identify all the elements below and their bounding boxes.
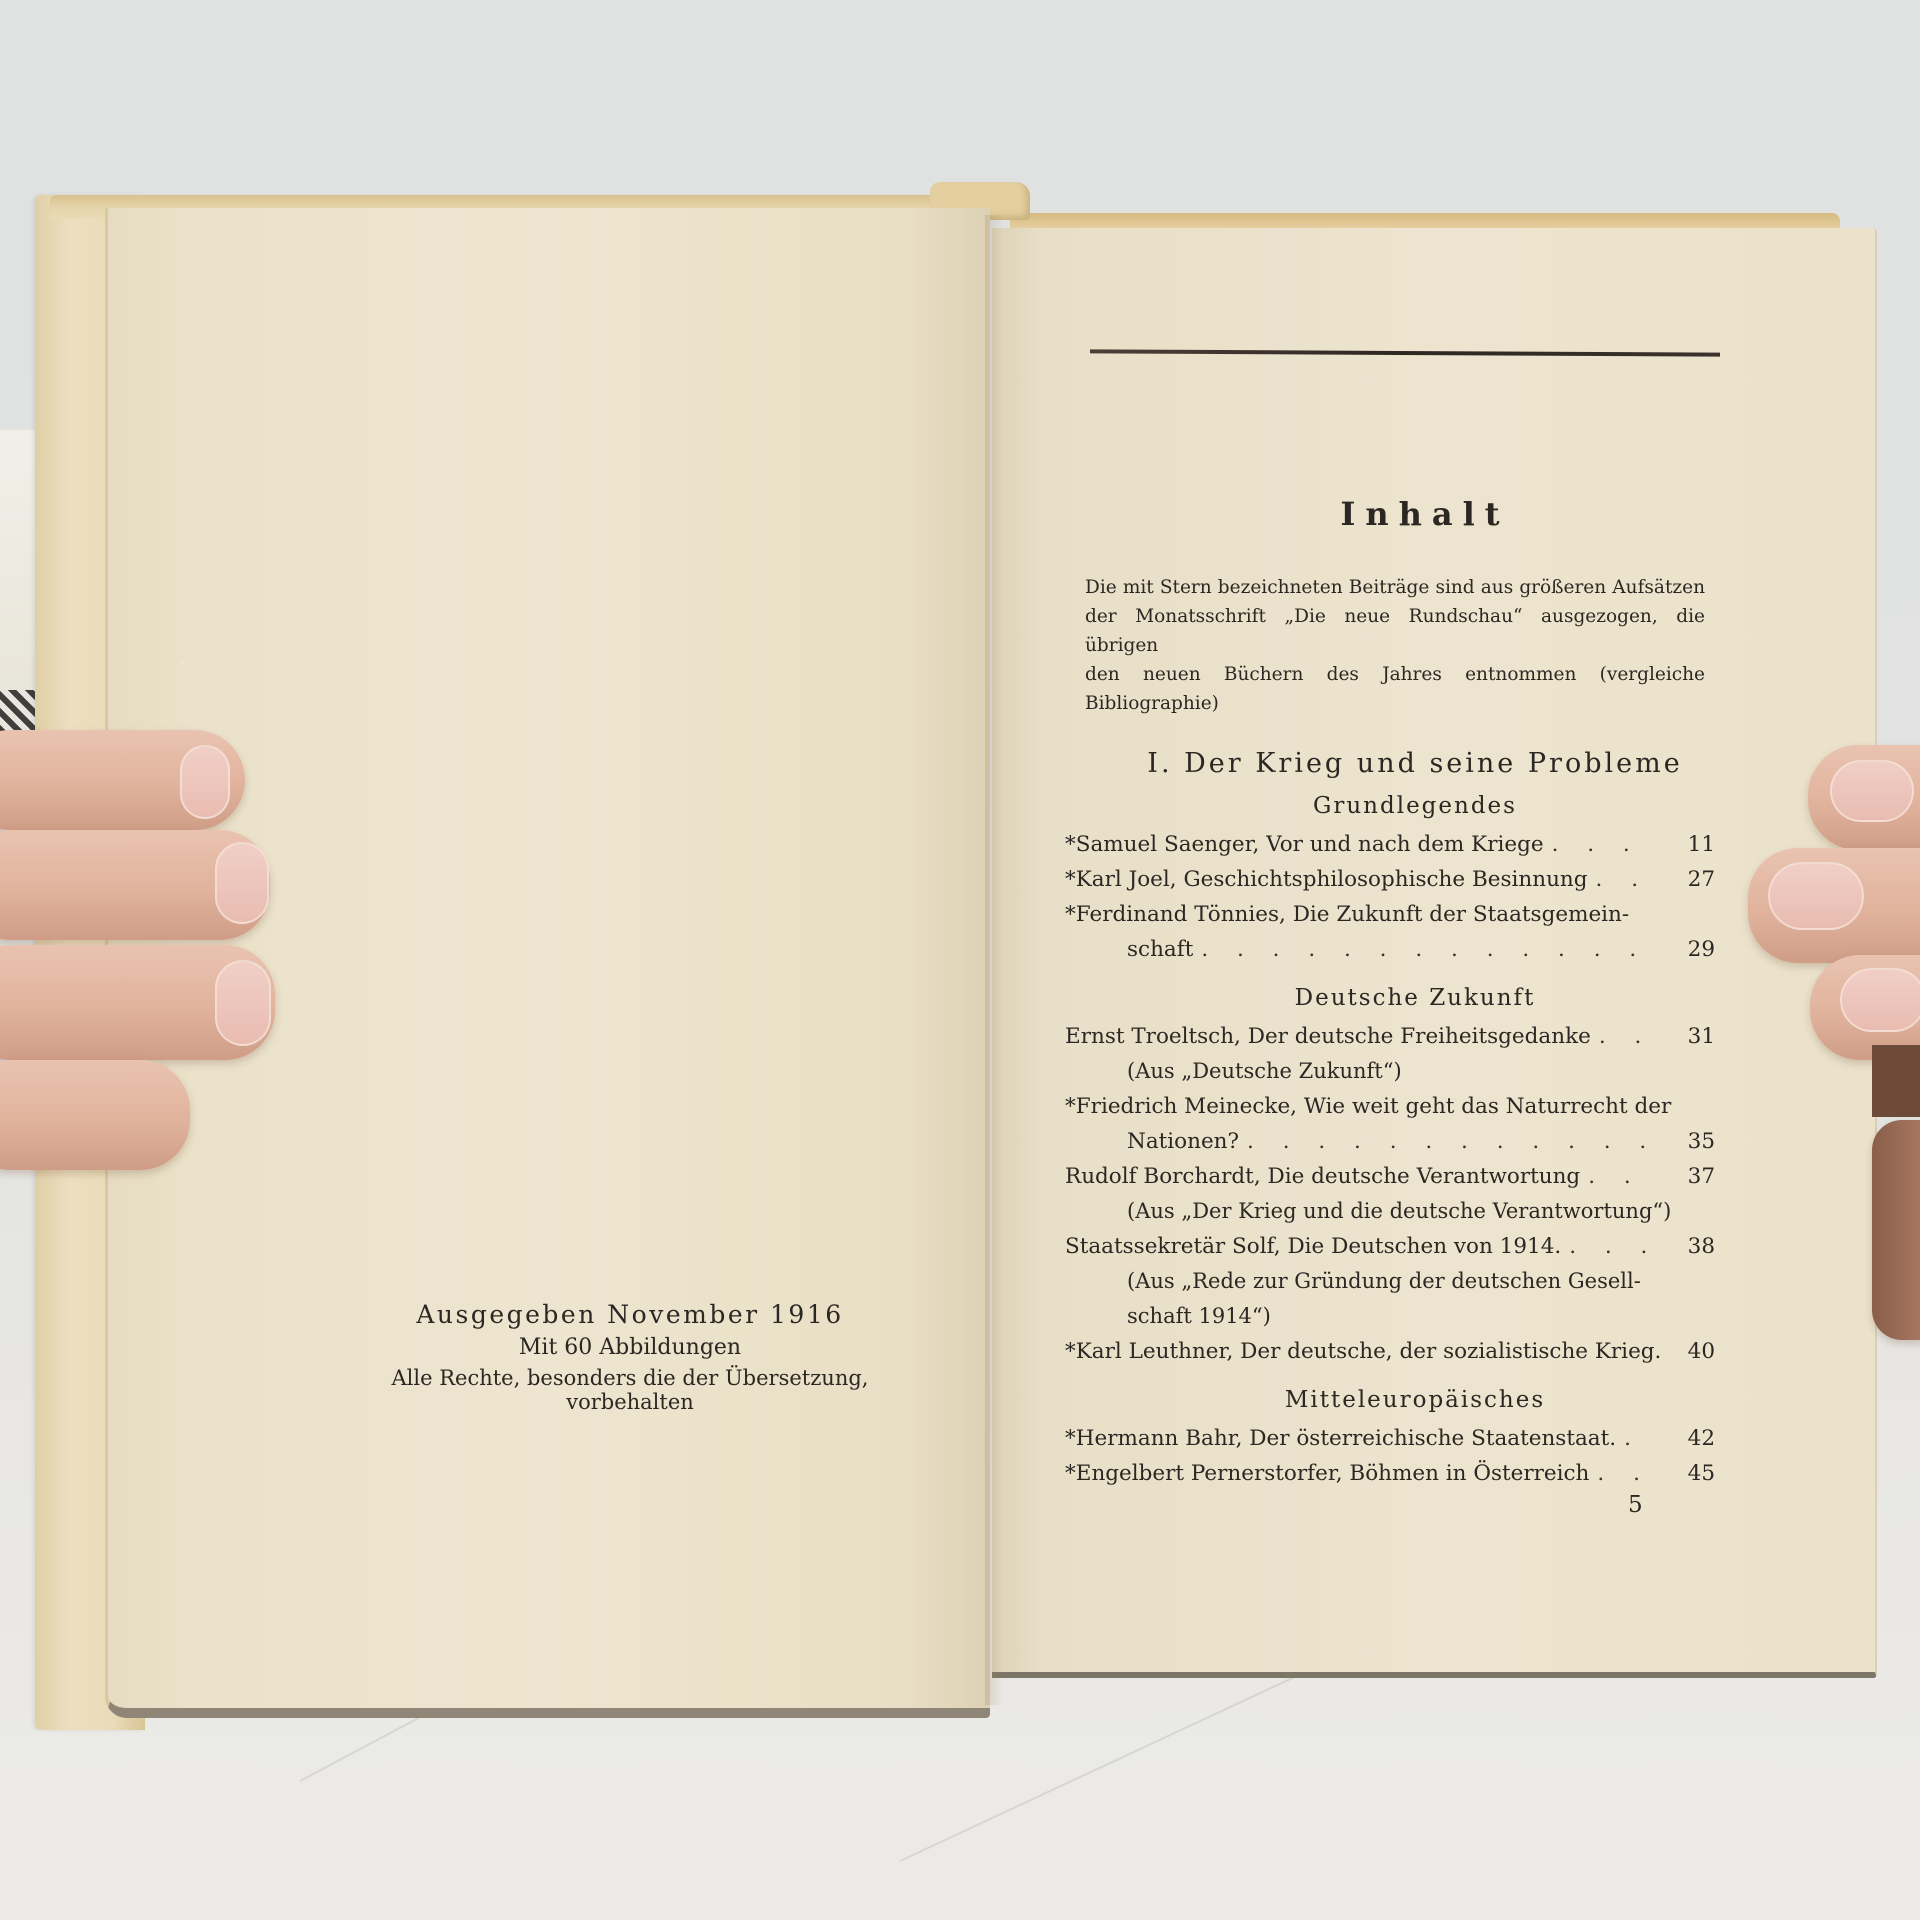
toc-entry[interactable]: *Engelbert Pernerstorfer, Böhmen in Öste… bbox=[1065, 1456, 1715, 1491]
dot-leader bbox=[1193, 932, 1659, 967]
entry-title: Rudolf Borchardt, Die deutsche Verantwor… bbox=[1065, 1159, 1580, 1194]
right-fingernail bbox=[1830, 760, 1914, 822]
table-of-contents: Inhalt Die mit Stern bezeichneten Beiträ… bbox=[1065, 495, 1725, 1491]
dot-leader bbox=[1616, 1421, 1659, 1456]
entry-title-continuation: schaft bbox=[1065, 932, 1193, 967]
entry-title: *Ferdinand Tönnies, Die Zukunft der Staa… bbox=[1065, 897, 1629, 932]
entry-page: 37 bbox=[1659, 1159, 1715, 1194]
entry-page: 27 bbox=[1659, 862, 1715, 897]
left-fingernail bbox=[180, 745, 230, 819]
entry-title: *Samuel Saenger, Vor und nach dem Kriege bbox=[1065, 827, 1544, 862]
toc-subsection-heading: Grundlegendes bbox=[1105, 793, 1725, 819]
entry-source-note: (Aus „Der Krieg und die deutsche Verantw… bbox=[1065, 1194, 1725, 1229]
toc-title: Inhalt bbox=[1125, 495, 1725, 533]
entry-title: *Engelbert Pernerstorfer, Böhmen in Öste… bbox=[1065, 1456, 1589, 1491]
page-number: 5 bbox=[1628, 1492, 1643, 1518]
entry-page: 38 bbox=[1659, 1229, 1715, 1264]
imprint-rights: Alle Rechte, besonders die der Übersetzu… bbox=[330, 1366, 930, 1414]
entry-page: 29 bbox=[1659, 932, 1715, 967]
entry-title: *Karl Leuthner, Der deutsche, der sozial… bbox=[1065, 1334, 1661, 1369]
toc-entry[interactable]: Ernst Troeltsch, Der deutsche Freiheitsg… bbox=[1065, 1019, 1715, 1054]
toc-note-line: der Monatsschrift „Die neue Rundschau“ a… bbox=[1085, 602, 1705, 660]
toc-subsection-heading: Deutsche Zukunft bbox=[1105, 985, 1725, 1011]
entry-source-note-continuation: schaft 1914“) bbox=[1065, 1299, 1725, 1334]
right-fingernail bbox=[1840, 968, 1920, 1032]
toc-note-line: Die mit Stern bezeichneten Beiträge sind… bbox=[1085, 573, 1705, 602]
book-gutter bbox=[985, 215, 1003, 1705]
entry-source-note: (Aus „Rede zur Gründung der deutschen Ge… bbox=[1065, 1264, 1725, 1299]
entry-title: *Karl Joel, Geschichtsphilosophische Bes… bbox=[1065, 862, 1588, 897]
dot-leader bbox=[1561, 1229, 1659, 1264]
entry-title: Staatssekretär Solf, Die Deutschen von 1… bbox=[1065, 1229, 1561, 1264]
toc-note-line: den neuen Büchern des Jahres entnommen (… bbox=[1085, 660, 1705, 718]
imprint-block: Ausgegeben November 1916 Mit 60 Abbildun… bbox=[330, 1300, 930, 1414]
entry-page: 35 bbox=[1659, 1124, 1715, 1159]
entry-page: 31 bbox=[1659, 1019, 1715, 1054]
entry-page: 40 bbox=[1669, 1334, 1715, 1369]
toc-entry[interactable]: *Hermann Bahr, Der österreichische Staat… bbox=[1065, 1421, 1715, 1456]
dot-leader bbox=[1580, 1159, 1659, 1194]
imprint-illustrations: Mit 60 Abbildungen bbox=[330, 1335, 930, 1360]
left-finger bbox=[0, 1060, 190, 1170]
toc-entry[interactable]: *Karl Leuthner, Der deutsche, der sozial… bbox=[1065, 1334, 1715, 1369]
entry-title: *Hermann Bahr, Der österreichische Staat… bbox=[1065, 1421, 1616, 1456]
dot-leader bbox=[1661, 1334, 1669, 1369]
right-fingernail bbox=[1768, 862, 1864, 930]
toc-entry[interactable]: Rudolf Borchardt, Die deutsche Verantwor… bbox=[1065, 1159, 1715, 1194]
toc-entry[interactable]: *Ferdinand Tönnies, Die Zukunft der Staa… bbox=[1065, 897, 1715, 932]
dot-leader bbox=[1588, 862, 1659, 897]
toc-section-heading: I. Der Krieg und seine Probleme bbox=[1105, 748, 1725, 779]
dot-leader bbox=[1589, 1456, 1659, 1491]
imprint-issue-date: Ausgegeben November 1916 bbox=[330, 1300, 930, 1329]
entry-page: 11 bbox=[1659, 827, 1715, 862]
entry-page: 45 bbox=[1659, 1456, 1715, 1491]
toc-entry[interactable]: *Karl Joel, Geschichtsphilosophische Bes… bbox=[1065, 862, 1715, 897]
toc-subsection-heading: Mitteleuropäisches bbox=[1105, 1387, 1725, 1413]
entry-title: Ernst Troeltsch, Der deutsche Freiheitsg… bbox=[1065, 1019, 1591, 1054]
left-fingernail bbox=[180, 660, 184, 664]
entry-page: 42 bbox=[1659, 1421, 1715, 1456]
toc-entry[interactable]: Staatssekretär Solf, Die Deutschen von 1… bbox=[1065, 1229, 1715, 1264]
dot-leader bbox=[1544, 827, 1659, 862]
toc-entry-continuation[interactable]: schaft 29 bbox=[1065, 932, 1715, 967]
entry-source-note: (Aus „Deutsche Zukunft“) bbox=[1065, 1054, 1725, 1089]
toc-entry-continuation[interactable]: Nationen? 35 bbox=[1065, 1124, 1715, 1159]
toc-note: Die mit Stern bezeichneten Beiträge sind… bbox=[1085, 573, 1705, 718]
toc-entry[interactable]: *Samuel Saenger, Vor und nach dem Kriege… bbox=[1065, 827, 1715, 862]
dot-leader bbox=[1591, 1019, 1659, 1054]
toc-entry[interactable]: *Friedrich Meinecke, Wie weit geht das N… bbox=[1065, 1089, 1715, 1124]
entry-title-continuation: Nationen? bbox=[1065, 1124, 1239, 1159]
dot-leader bbox=[1239, 1124, 1659, 1159]
right-palm-shadow bbox=[1872, 1045, 1920, 1117]
right-palm bbox=[1872, 1120, 1920, 1340]
entry-title: *Friedrich Meinecke, Wie weit geht das N… bbox=[1065, 1089, 1671, 1124]
left-fingernail bbox=[215, 960, 271, 1046]
left-fingernail bbox=[215, 842, 269, 924]
